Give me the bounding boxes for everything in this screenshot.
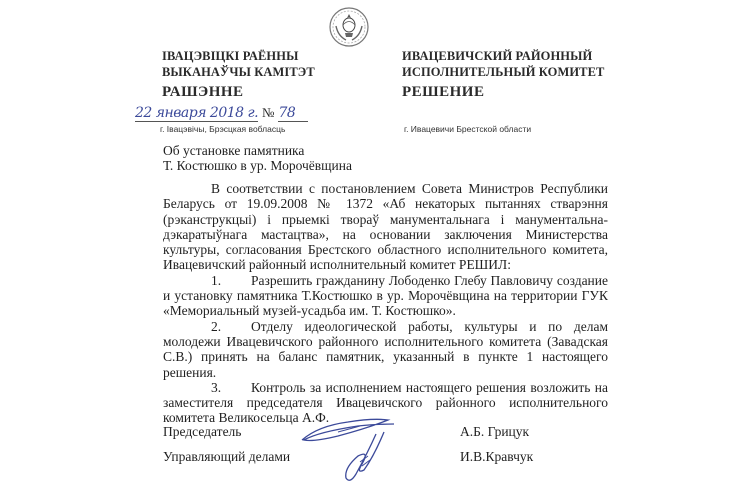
subject-line2: Т. Костюшко в ур. Морочёвщина bbox=[163, 158, 352, 173]
signature-title-manager: Управляющий делами bbox=[163, 449, 290, 465]
org-name-line2: ВЫКАНАЎЧЫ КАМІТЭТ bbox=[162, 64, 315, 80]
signature-name-chairman: А.Б. Грицук bbox=[460, 424, 529, 440]
doc-type-russian: РЕШЕНИЕ bbox=[402, 84, 484, 101]
org-name-russian: ИВАЦЕВИЧСКИЙ РАЙОННЫЙ ИСПОЛНИТЕЛЬНЫЙ КОМ… bbox=[402, 48, 604, 80]
handwritten-date: 22 января 2018 г. bbox=[135, 105, 258, 122]
signature-title-chairman: Председатель bbox=[163, 424, 241, 440]
subject-line1: Об установке памятника bbox=[163, 143, 352, 158]
item-1: 1.Разрешить гражданину Лободенко Глебу П… bbox=[163, 273, 608, 319]
org-name-belarusian: ІВАЦЭВІЦКІ РАЁННЫ ВЫКАНАЎЧЫ КАМІТЭТ bbox=[162, 48, 315, 80]
number-label: № bbox=[262, 105, 274, 120]
decision-body: В соответствии с постановлением Совета М… bbox=[163, 181, 608, 426]
preamble: В соответствии с постановлением Совета М… bbox=[163, 181, 608, 273]
subject: Об установке памятника Т. Костюшко в ур.… bbox=[163, 143, 352, 173]
org-name-line2: ИСПОЛНИТЕЛЬНЫЙ КОМИТЕТ bbox=[402, 64, 604, 80]
place-russian: г. Ивацевичи Брестской области bbox=[404, 124, 531, 134]
handwritten-signature bbox=[298, 412, 408, 488]
signature-name-manager: И.В.Кравчук bbox=[460, 449, 533, 465]
item-number: 3. bbox=[211, 380, 251, 395]
org-name-line1: ІВАЦЭВІЦКІ РАЁННЫ bbox=[162, 48, 315, 64]
handwritten-number: 78 bbox=[278, 105, 308, 122]
date-number-line: 22 января 2018 г. № 78 bbox=[135, 104, 308, 122]
place-belarusian: г. Івацэвічы, Брэсцкая вобласць bbox=[160, 124, 285, 134]
org-name-line1: ИВАЦЕВИЧСКИЙ РАЙОННЫЙ bbox=[402, 48, 604, 64]
state-emblem-icon bbox=[328, 6, 370, 48]
item-2: 2.Отделу идеологической работы, культуры… bbox=[163, 319, 608, 380]
doc-type-belarusian: РАШЭННЕ bbox=[162, 84, 244, 101]
item-number: 1. bbox=[211, 273, 251, 288]
item-number: 2. bbox=[211, 319, 251, 334]
